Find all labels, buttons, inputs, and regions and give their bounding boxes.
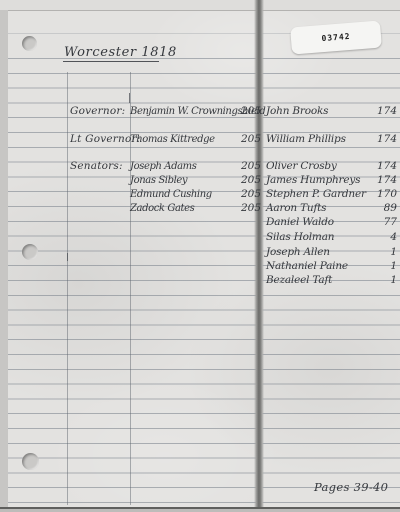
opponent-name: William Phillips [266,133,346,146]
page-title-underline [63,61,159,62]
opponent-vote-count: 1 [369,274,397,287]
office-label: Governor: [70,105,125,118]
column-tick [129,93,130,103]
punch-hole-top [22,36,37,51]
opponent-name: Nathaniel Paine [266,260,348,273]
opponent-vote-count: 170 [369,188,397,201]
election-row: Lt Governor: Thomas Kittredge 205 Willia… [0,133,400,146]
opponent-name: James Humphreys [266,174,360,187]
election-row: Nathaniel Paine 1 [0,260,400,273]
vote-count: 205 [231,202,261,215]
election-row: Governor: Benjamin W. Crowningshield 205… [0,105,400,118]
election-row: Edmund Cushing 205 Stephen P. Gardner 17… [0,188,400,201]
election-row: Jonas Sibley 205 James Humphreys 174 [0,174,400,187]
opponent-vote-count: 77 [369,216,397,229]
opponent-name: Joseph Allen [266,246,330,259]
opponent-name: Oliver Crosby [266,160,337,173]
election-row: Senators: Joseph Adams 205 Oliver Crosby… [0,160,400,173]
opponent-vote-count: 174 [369,174,397,187]
vote-count: 205 [231,105,261,118]
office-label: Senators: [70,160,123,173]
opponent-vote-count: 4 [369,231,397,244]
election-row: Zadock Gates 205 Aaron Tufts 89 [0,202,400,215]
vote-count: 205 [231,188,261,201]
election-row: Daniel Waldo 77 [0,216,400,229]
opponent-vote-count: 174 [369,160,397,173]
paper-bottom-edge [0,507,400,512]
opponent-vote-count: 89 [369,202,397,215]
vote-count: 205 [231,174,261,187]
candidate-name: Thomas Kittredge [130,133,215,146]
candidate-name: Edmund Cushing [130,188,212,201]
page-title: Worcester 1818 [64,45,177,60]
footer-page-note: Pages 39-40 [314,480,388,494]
scanner-background-top [0,0,400,10]
punch-hole-bottom [22,453,39,470]
opponent-name: Daniel Waldo [266,216,334,229]
opponent-name: Aaron Tufts [266,202,326,215]
candidate-name: Joseph Adams [130,160,197,173]
opponent-vote-count: 174 [369,105,397,118]
candidate-name: Zadock Gates [130,202,194,215]
opponent-vote-count: 174 [369,133,397,146]
vote-count: 205 [231,133,261,146]
opponent-name: Silas Holman [266,231,334,244]
election-row: Silas Holman 4 [0,231,400,244]
opponent-vote-count: 1 [369,246,397,259]
opponent-name: Bezaleel Taft [266,274,332,287]
sticker-number: 03742 [321,32,351,43]
opponent-name: Stephen P. Gardner [266,188,366,201]
scanned-ledger-page: 03742 Worcester 1818 Governor: Benjamin … [0,0,400,512]
election-row: Joseph Allen 1 [0,246,400,259]
election-row: Bezaleel Taft 1 [0,274,400,287]
candidate-name: Jonas Sibley [130,174,187,187]
vote-count: 205 [231,160,261,173]
opponent-vote-count: 1 [369,260,397,273]
opponent-name: John Brooks [266,105,328,118]
